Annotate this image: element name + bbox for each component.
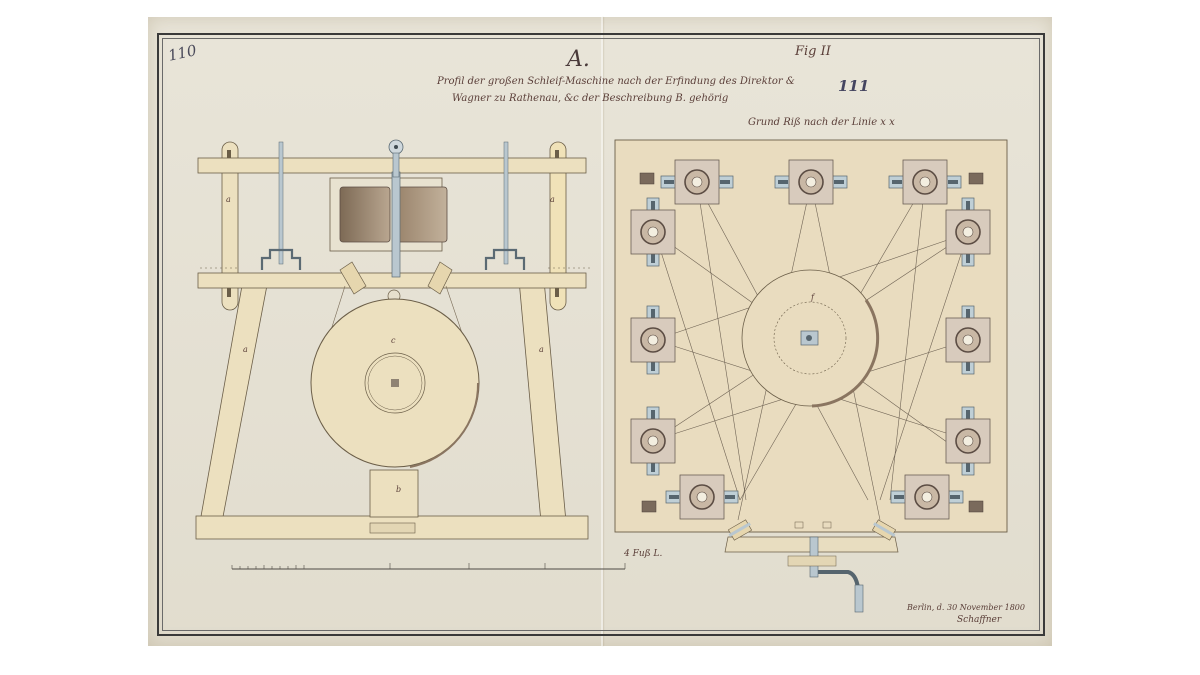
title-line-1: Profil der großen Schleif-Maschine nach … [437, 76, 795, 87]
figure-number: Fig II [795, 44, 831, 59]
svg-text:a: a [539, 345, 544, 354]
plan-view: f [615, 140, 1007, 612]
label-a-right: a [550, 195, 555, 204]
scale-label: 4 Fuß L. [624, 549, 662, 559]
scale-bar [232, 563, 625, 569]
sheet-number-right: 111 [838, 77, 869, 95]
figure-letter: A. [567, 47, 590, 72]
signature-date: Berlin, d. 30 November 1800 [907, 603, 1025, 612]
svg-text:a: a [243, 345, 248, 354]
label-a-left: a [226, 195, 231, 204]
label-b: b [396, 485, 401, 494]
signature-name: Schaffner [957, 615, 1001, 625]
plan-view-title: Grund Riß nach der Linie x x [748, 117, 895, 128]
label-c: c [391, 336, 396, 345]
elevation-view: a a a a c b [196, 140, 590, 539]
title-line-2: Wagner zu Rathenau, &c der Beschreibung … [452, 93, 728, 104]
